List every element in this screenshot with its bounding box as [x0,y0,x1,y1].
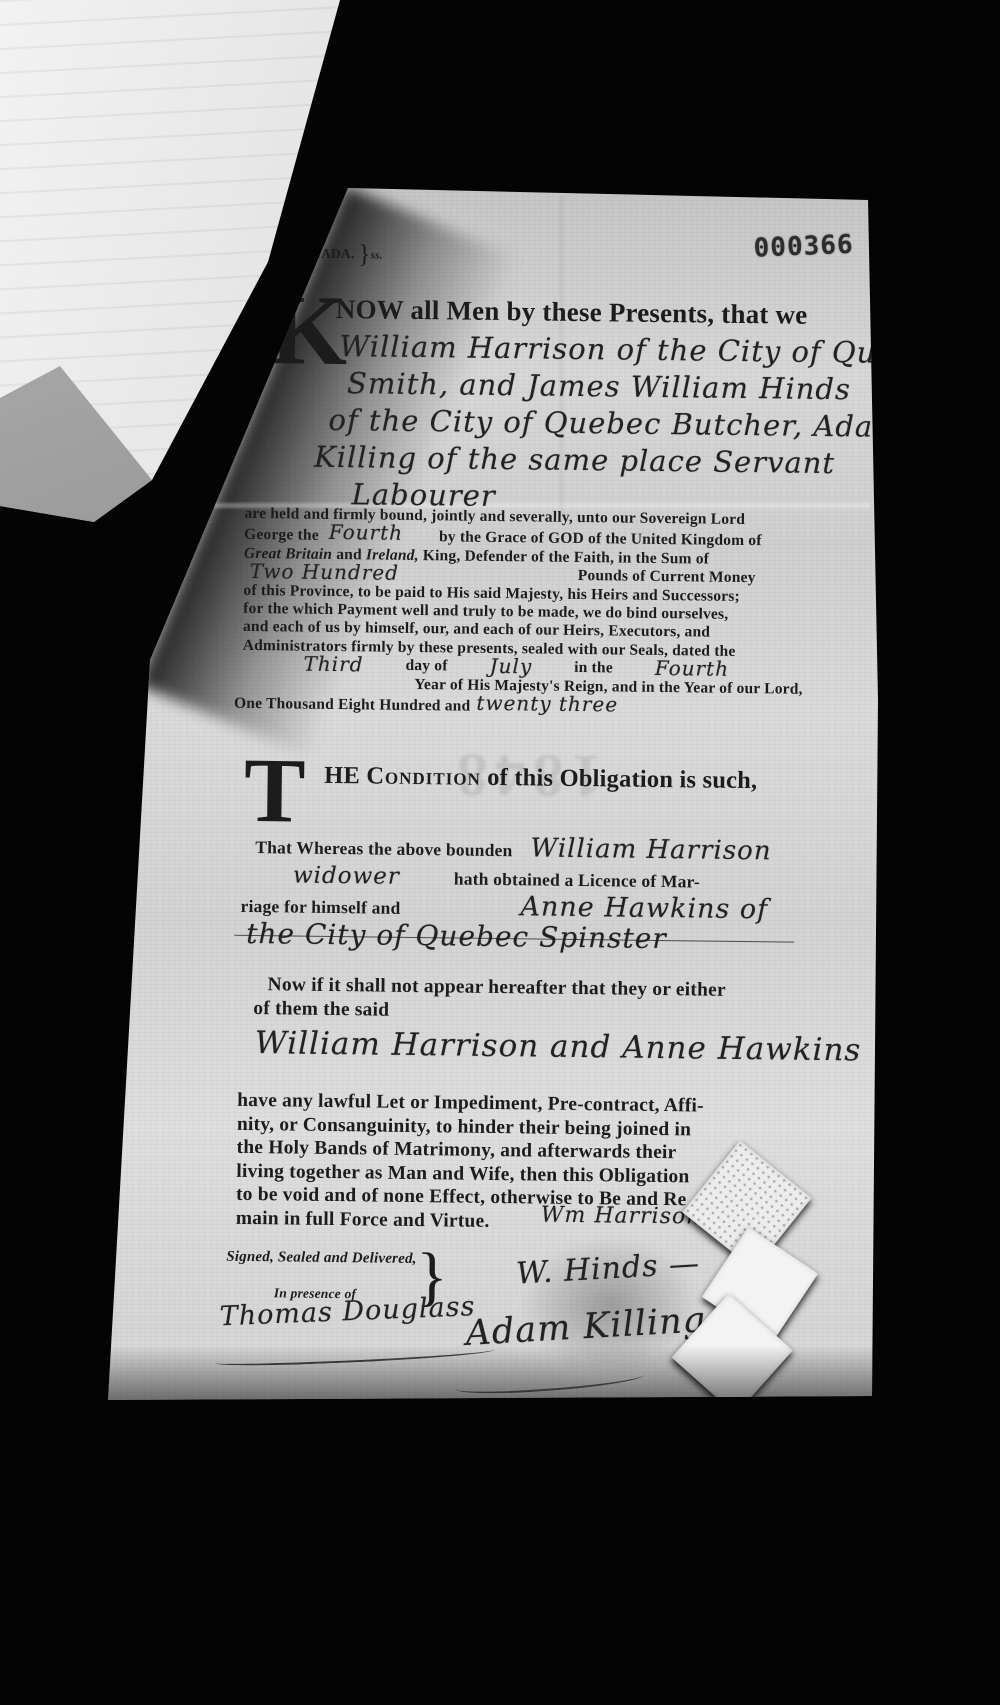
bottom-vignette [100,1345,890,1405]
printed-text: day of [405,657,447,676]
printed-text: main in full Force and Virtue. [236,1207,490,1231]
handwritten-text: Third [297,655,369,674]
condition-heading-pre: HE [324,762,366,790]
printed-text: of the City of Quebec Butcher, Adam [328,403,902,444]
printed-text: George the [244,526,319,544]
signature-harrison: Wm Harrison [541,1203,702,1230]
now-clause: Now if it shall not appear hereafter tha… [253,973,726,1027]
attestation-signed-line: Signed, Sealed and Delivered, [226,1249,417,1268]
microfilm-scan: { "colors": { "film_background": "#04040… [0,0,1000,1705]
handwritten-text: July [484,657,539,676]
printed-text: William Harrison of the City of Quebec [339,329,949,370]
opening-heading: NOW all Men by these Presents, that we [336,294,808,331]
text-line: Thirdday ofJulyin theFourth [297,656,762,680]
handwritten-couple-names: William Harrison and Anne Hawkins [255,1025,862,1068]
printed-text: King, Defender of the Faith, in the Sum … [419,547,710,568]
printed-text: One Thousand Eight Hundred and [234,695,471,715]
handwritten-parties: William Harrison of the City of QuebecSm… [329,328,949,521]
handwritten-text: twenty three [470,691,624,717]
province-line1: INCE of [277,230,327,246]
printed-text: Killing of the same place Servant [314,440,835,480]
province-caption: INCE of R-CANADA. }ss. [276,230,382,263]
handwritten-text: Two Hundred [244,562,406,582]
printed-text: Smith, and James William Hinds [347,366,851,406]
handwritten-text: William Harrison [530,833,771,866]
signature-witness-douglass: Thomas Douglass [219,1291,476,1332]
condition-heading: HE Condition of this Obligation is such, [324,762,758,795]
printed-text: Pounds of Current Money [578,567,756,588]
handwritten-text: widower [293,863,400,890]
bond-paragraph: are held and firmly bound, jointly and s… [242,505,765,720]
handwritten-text: Fourth [649,659,735,678]
condition-heading-post: of this Obligation is such, [481,764,758,794]
printed-text: riage for himself and [240,896,400,918]
serial-number-stamp: 000366 [753,230,854,264]
printed-text: by the Grace of GOD of the United Kingdo… [439,529,762,550]
printed-text: Now if it shall not appear hereafter tha… [267,974,725,1001]
printed-text: have any lawful Let or Impediment, Pre-c… [237,1090,704,1117]
text-line: the City of Quebec Spinster [246,920,771,957]
condition-heading-smallcaps: Condition [366,762,481,790]
signature-hinds: W. Hinds — [515,1246,701,1292]
province-ss: ss. [371,249,383,261]
printed-text: of them the said [253,998,389,1021]
condition-paragraph: That Whereas the above boundenWilliam Ha… [254,831,772,957]
dropcap-t: T [244,751,307,830]
printed-text: the Holy Bands of Matrimony, and afterwa… [237,1137,677,1163]
handwritten-text: the City of Quebec Spinster [246,917,667,955]
province-brace: } [358,239,371,268]
printed-text: hath obtained a Licence of Mar- [454,868,700,891]
handwritten-text: Fourth [323,520,409,545]
printed-text: That Whereas the above bounden [255,837,512,860]
printed-text: in the [574,659,613,678]
province-line2: R-CANADA. [276,245,354,261]
